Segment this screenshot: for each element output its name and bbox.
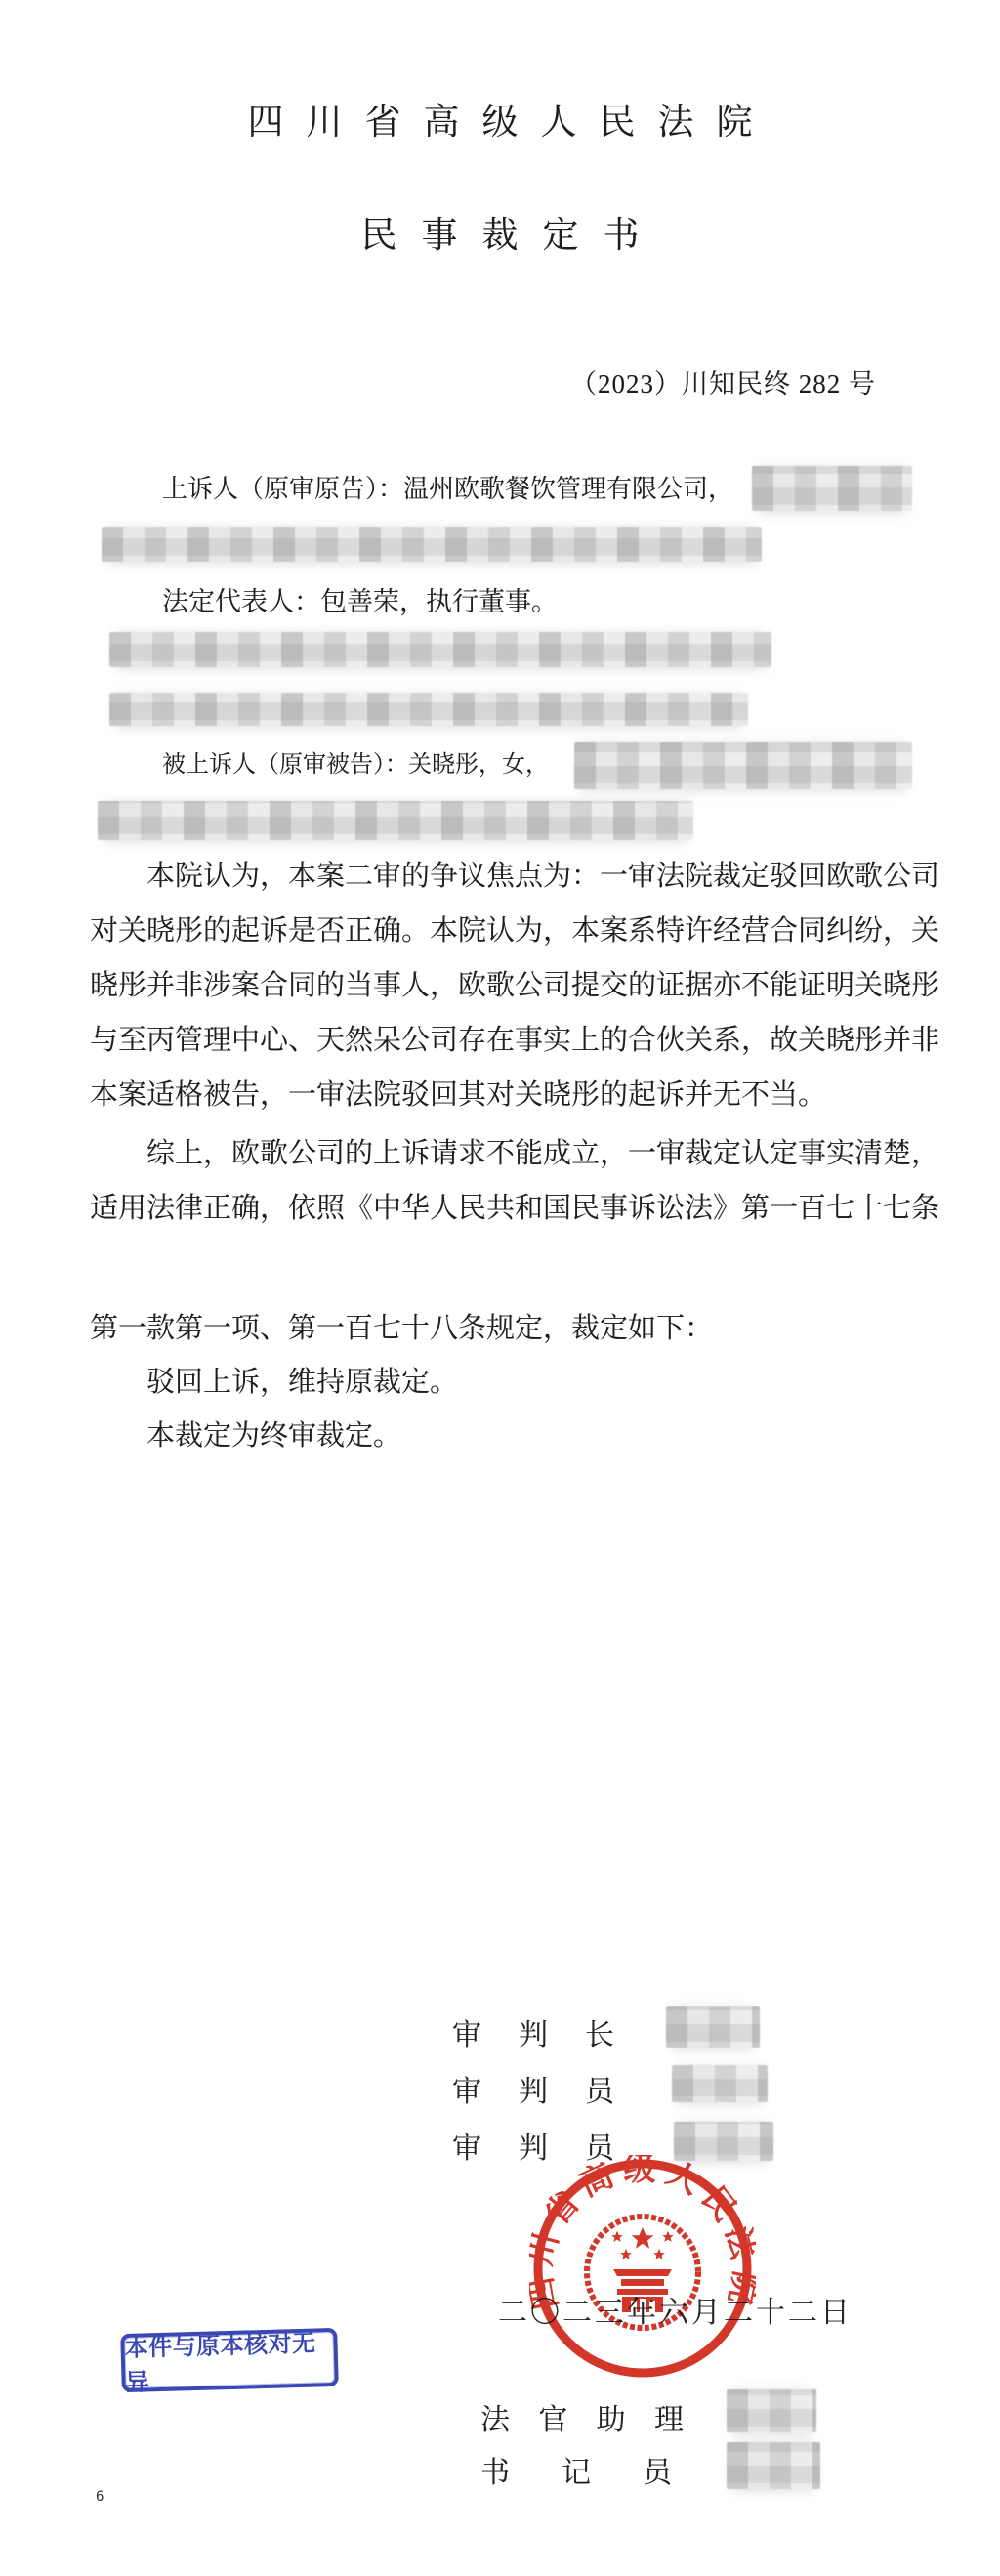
- court-seal: 四川省高级人民法院: [529, 2155, 756, 2382]
- holding-line-2: 对关晓彤的起诉是否正确。本院认为，本案系特许经营合同纠纷，关: [90, 908, 939, 949]
- conclusion-line-2: 适用法律正确，依照《中华人民共和国民事诉讼法》第一百七十七条: [90, 1186, 939, 1226]
- holding-line-5: 本案适格被告，一审法院驳回其对关晓彤的起诉并无不当。: [90, 1073, 826, 1113]
- redacted-appellee-address: [98, 801, 693, 840]
- redacted-agent-info-2: [109, 693, 748, 726]
- ruling-line: 驳回上诉，维持原裁定。: [146, 1360, 458, 1400]
- page-number: 6: [96, 2489, 104, 2505]
- redacted-appellant-address: [102, 527, 762, 562]
- redacted-agent-info-1: [109, 632, 771, 667]
- redacted-appellant-info: [752, 466, 912, 511]
- legal-representative-line: 法定代表人：包善荣，执行董事。: [162, 580, 558, 618]
- redacted-assistant-name: [727, 2389, 816, 2432]
- ruling-intro-line: 第一款第一项、第一百七十八条规定，裁定如下：: [90, 1306, 713, 1346]
- holding-line-4: 与至丙管理中心、天然呆公司存在事实上的合伙关系，故关晓彤并非: [90, 1018, 939, 1058]
- clerk-label: 书记员: [480, 2448, 672, 2491]
- appellant-line: 上诉人（原审原告）：温州欧歌餐饮管理有限公司，: [162, 469, 733, 505]
- court-name: 四川省高级人民法院: [0, 92, 1000, 145]
- presiding-judge-label: 审判长: [452, 2010, 614, 2053]
- verification-stamp: 本件与原本核对无异: [120, 2328, 339, 2392]
- holding-line-1: 本院认为，本案二审的争议焦点为：一审法院裁定驳回欧歌公司: [146, 854, 939, 894]
- verification-stamp-text: 本件与原本核对无异: [124, 2323, 335, 2397]
- appellee-line: 被上诉人（原审被告）：关晓彤，女，: [162, 744, 549, 779]
- final-ruling-note: 本裁定为终审裁定。: [146, 1414, 401, 1454]
- redacted-presiding-judge-name: [666, 2006, 760, 2048]
- national-emblem-icon: [587, 2217, 698, 2328]
- redacted-appellee-info: [574, 742, 912, 789]
- holding-line-3: 晓彤并非涉案合同的当事人，欧歌公司提交的证据亦不能证明关晓彤: [90, 963, 939, 1003]
- judge-label-1: 审判员: [452, 2067, 614, 2110]
- redacted-clerk-name: [727, 2442, 820, 2489]
- judge-assistant-label: 法官助理: [480, 2395, 684, 2438]
- conclusion-line-1: 综上，欧歌公司的上诉请求不能成立，一审裁定认定事实清楚，: [146, 1131, 939, 1171]
- document-type-title: 民事裁定书: [0, 205, 1000, 258]
- redacted-judge-name-1: [672, 2065, 768, 2102]
- court-ruling-document: 四川省高级人民法院 民事裁定书 （2023）川知民终 282 号 上诉人（原审原…: [0, 0, 1000, 2576]
- case-number: （2023）川知民终 282 号: [570, 362, 876, 401]
